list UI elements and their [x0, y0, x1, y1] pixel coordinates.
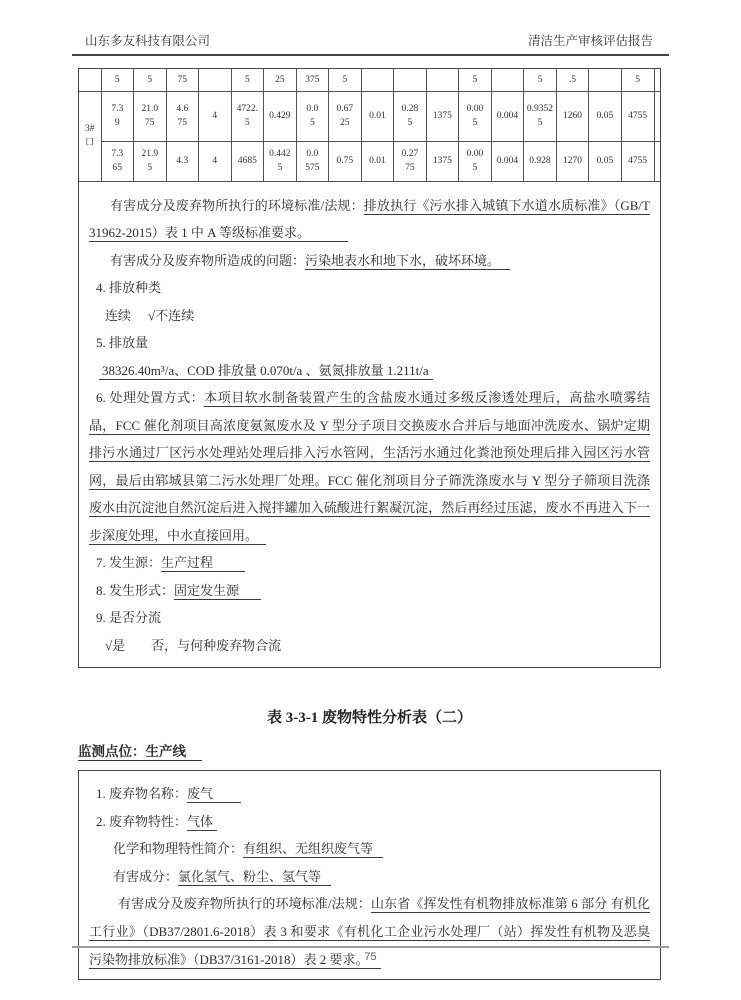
table-cell: 0.28 5 [394, 91, 427, 141]
page-content: 5575525375555.553# 口7.3 921.0 754.6 7544… [78, 68, 661, 980]
waste-property-label: 2. 废弃物特性： [96, 814, 187, 829]
waste-problem-paragraph: 有害成分及废弃物所造成的问题：污染地表水和地下水，破坏环境。 [89, 247, 650, 275]
physical-chemical-line: 化学和物理特性简介：有组织、无组织废气等 [89, 835, 650, 863]
monitoring-point-label: 监测点位： [78, 744, 146, 759]
table-cell: 0.0 575 [296, 141, 329, 181]
table-cell: 375 [296, 69, 329, 91]
diversion-options: √是否，与何种废弃物合流 [89, 632, 650, 660]
monitoring-point-text: 监测点位：生产线 [78, 744, 202, 761]
table-cell: 7.3 9 [101, 91, 134, 141]
discharge-type-heading: 4. 排放种类 [89, 274, 650, 302]
table-cell: 1270 [556, 141, 589, 181]
table-cell: 4755 [621, 141, 654, 181]
waste-property-line: 2. 废弃物特性：气体 [89, 808, 650, 836]
occurrence-form-value: 固定发生源 [174, 583, 261, 600]
discharge-amount-heading: 5. 排放量 [89, 329, 650, 357]
table-cell: 21.9 5 [134, 141, 167, 181]
harmful-components-value: 氯化氢气、粉尘、氢气等 [178, 869, 331, 886]
table-cell: 75 [166, 69, 199, 91]
option-continuous: 连续 [105, 308, 131, 323]
table-cell: 0.429 [264, 91, 297, 141]
table-cell: .5 [556, 69, 589, 91]
table-cell: 0.442 5 [264, 141, 297, 181]
occurrence-form-label: 8. 发生形式： [96, 583, 174, 598]
waste-name-line: 1. 废弃物名称：废气 [89, 780, 650, 808]
table-cell: 0.05 [589, 91, 622, 141]
table-cell: 4755 [621, 91, 654, 141]
section-title: 表 3-3-1 废物特性分析表（二） [78, 706, 661, 727]
waste-problem-value: 污染地表水和地下水，破坏环境。 [305, 253, 510, 270]
table-cell: 4.6 75 [166, 91, 199, 141]
discharge-amount-value: 38326.40m³/a、COD 排放量 0.070t/a 、氨氮排放量 1.2… [99, 363, 433, 380]
table-cell: 4 [199, 141, 232, 181]
table-cell: 5 [134, 69, 167, 91]
table-cell: 0.004 [491, 91, 524, 141]
table-cell [654, 141, 660, 181]
table-cell: 0.01 [361, 91, 394, 141]
table-cell: 0.67 25 [329, 91, 362, 141]
table-cell: 4 [199, 91, 232, 141]
table-cell: 0.27 75 [394, 141, 427, 181]
page-number: 75 [0, 951, 741, 963]
table-cell: 0.0 5 [296, 91, 329, 141]
diversion-heading: 9. 是否分流 [89, 604, 650, 632]
table-cell: 5 [621, 69, 654, 91]
table-cell: 4685 [231, 141, 264, 181]
treatment-method-value: 本项目软水制备装置产生的含盐废水通过多级反渗透处理后，高盐水喷雾结晶，FCC 催… [89, 390, 650, 545]
header-company: 山东多友科技有限公司 [85, 31, 210, 49]
table-cell: 1375 [426, 141, 459, 181]
table-row: 5575525375555.55 [79, 69, 660, 91]
outlet-label-cell: 3# 口 [79, 91, 101, 181]
table-cell [199, 69, 232, 91]
table-cell: 0.928 [524, 141, 557, 181]
table-cell: 5 [101, 69, 134, 91]
table-cell: 1375 [426, 91, 459, 141]
table-cell: 0.004 [491, 141, 524, 181]
treatment-method-paragraph: 6. 处理处置方式：本项目软水制备装置产生的含盐废水通过多级反渗透处理后，高盐水… [89, 384, 650, 549]
source-label: 7. 发生源： [96, 555, 161, 570]
discharge-amount-line: 38326.40m³/a、COD 排放量 0.070t/a 、氨氮排放量 1.2… [89, 357, 650, 385]
physical-chemical-label: 化学和物理特性简介： [113, 841, 243, 856]
table-cell [394, 69, 427, 91]
table-row: 7.3 6521.9 54.3446850.442 50.0 5750.750.… [79, 141, 660, 181]
option-yes-checked: √是 [105, 638, 125, 653]
table-cell: 25 [264, 69, 297, 91]
occurrence-form-paragraph: 8. 发生形式：固定发生源 [89, 577, 650, 605]
waste-water-analysis-box: 5575525375555.553# 口7.3 921.0 754.6 7544… [78, 68, 661, 668]
waste-name-label: 1. 废弃物名称： [96, 786, 187, 801]
option-discontinuous-checked: √不连续 [148, 308, 194, 323]
table-cell [491, 69, 524, 91]
harmful-components-line: 有害成分：氯化氢气、粉尘、氢气等 [89, 863, 650, 891]
table-cell: 0.9352 5 [524, 91, 557, 141]
table-cell: 1260 [556, 91, 589, 141]
table-cell: 5 [524, 69, 557, 91]
env-standard-paragraph: 有害成分及废弃物所执行的环境标准/法规：排放执行《污水排入城镇下水道水质标准》（… [89, 192, 650, 247]
table-cell [654, 91, 660, 141]
table-row: 3# 口7.3 921.0 754.6 7544722. 50.4290.0 5… [79, 91, 660, 141]
treatment-method-label: 6. 处理处置方式： [96, 390, 204, 405]
discharge-type-options: 连续√不连续 [89, 302, 650, 330]
header-report-title: 清洁生产审核评估报告 [528, 31, 653, 49]
harmful-components-label: 有害成分： [113, 869, 178, 884]
source-paragraph: 7. 发生源：生产过程 [89, 549, 650, 577]
table-cell: 0.00 5 [459, 141, 492, 181]
table-cell: 0.00 5 [459, 91, 492, 141]
table-cell [589, 69, 622, 91]
env-standard-label: 有害成分及废弃物所执行的环境标准/法规： [110, 198, 364, 213]
monitoring-point-line: 监测点位：生产线 [78, 740, 661, 760]
waste-name-value: 废气 [187, 786, 241, 803]
waste-water-text: 有害成分及废弃物所执行的环境标准/法规：排放执行《污水排入城镇下水道水质标准》（… [79, 182, 660, 668]
table-cell: 21.0 75 [134, 91, 167, 141]
waste-property-value: 气体 [187, 814, 217, 831]
table-cell [361, 69, 394, 91]
monitoring-point-value: 生产线 [146, 744, 187, 759]
table-cell: 0.05 [589, 141, 622, 181]
monitoring-data-table-body: 5575525375555.553# 口7.3 921.0 754.6 7544… [79, 69, 660, 181]
table-cell: 5 [231, 69, 264, 91]
gas-standard-label: 有害成分及废弃物所执行的环境标准/法规： [118, 896, 371, 911]
table-cell [654, 69, 660, 91]
waste-gas-analysis-box: 1. 废弃物名称：废气 2. 废弃物特性：气体 化学和物理特性简介：有组织、无组… [78, 770, 661, 980]
document-page: 山东多友科技有限公司 清洁生产审核评估报告 5575525375555.553#… [0, 0, 741, 1000]
footer-rule [72, 946, 669, 948]
table-cell: 4.3 [166, 141, 199, 181]
option-no-merged: 否，与何种废弃物合流 [151, 638, 281, 653]
table-cell: 0.75 [329, 141, 362, 181]
physical-chemical-value: 有组织、无组织废气等 [243, 841, 383, 858]
table-cell: 5 [459, 69, 492, 91]
table-cell: 4722. 5 [231, 91, 264, 141]
table-cell: 7.3 65 [101, 141, 134, 181]
page-header: 山东多友科技有限公司 清洁生产审核评估报告 [72, 31, 669, 56]
table-cell [426, 69, 459, 91]
table-cell [79, 69, 101, 91]
monitoring-data-table: 5575525375555.553# 口7.3 921.0 754.6 7544… [79, 69, 660, 182]
table-cell: 5 [329, 69, 362, 91]
source-value: 生产过程 [161, 555, 245, 572]
table-cell: 0.01 [361, 141, 394, 181]
waste-problem-label: 有害成分及废弃物所造成的问题： [110, 253, 305, 268]
